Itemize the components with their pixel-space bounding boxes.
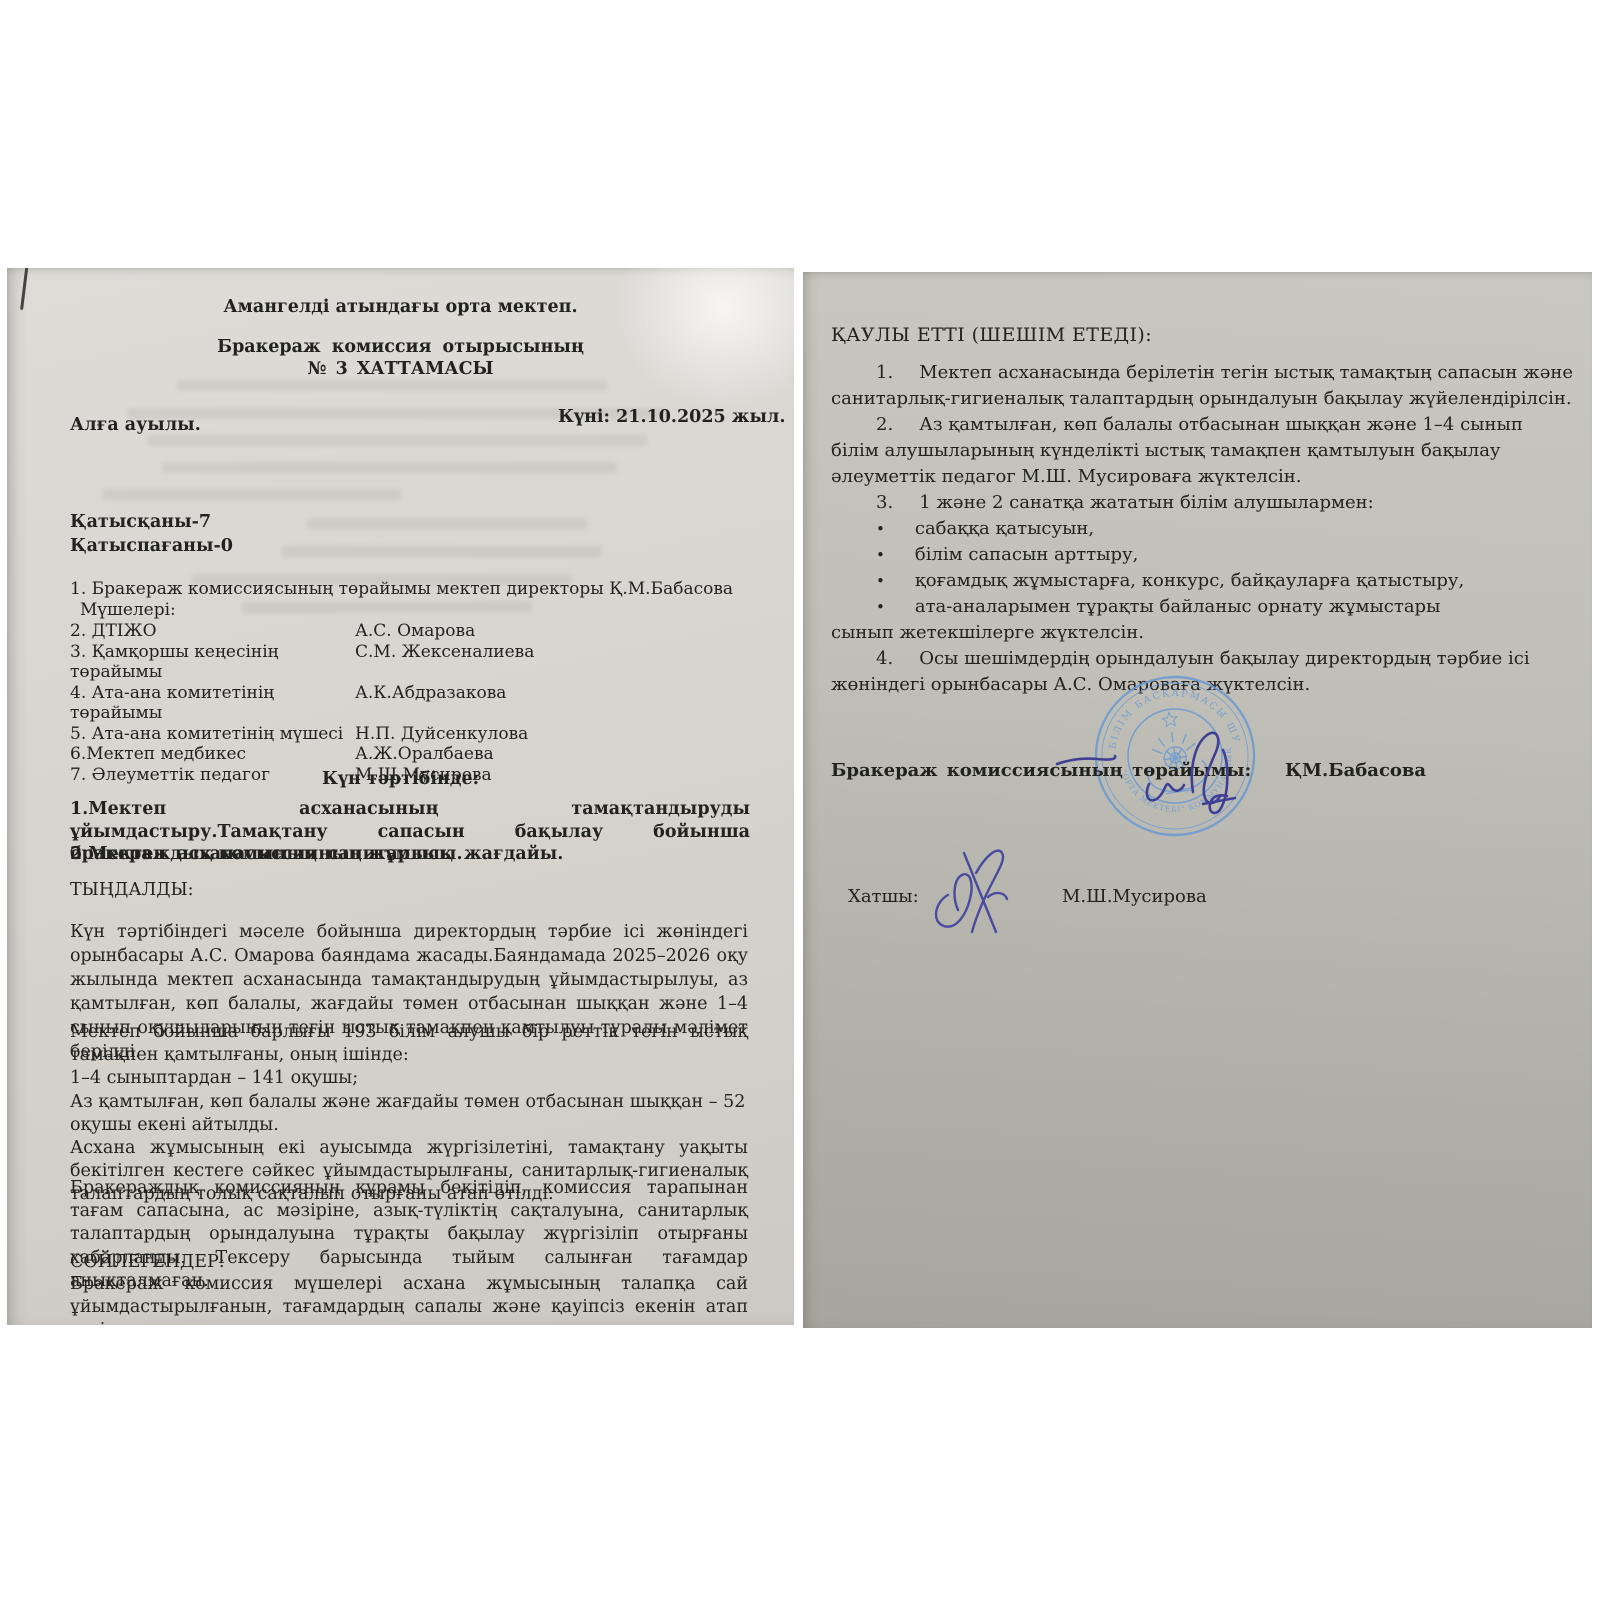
- decision-bullet: •ата-аналарымен тұрақты байланыс орнату …: [831, 594, 1573, 620]
- member-role: 4. Ата-ана комитетінің төрайымы: [70, 683, 355, 724]
- page-one: Амангелді атындағы орта мектеп. Бракераж…: [7, 268, 794, 1325]
- member-row: 5. Ата-ана комитетінің мүшесі Н.П. Дуйсе…: [70, 724, 750, 745]
- bullet-icon: •: [876, 572, 915, 590]
- agenda-heading: Күн тәртібінде:: [7, 768, 794, 791]
- date-label: Күні: 21.10.2025 жыл.: [558, 406, 785, 429]
- member-role: 5. Ата-ана комитетінің мүшесі: [70, 724, 355, 745]
- member-role: 6.Мектеп медбикес: [70, 744, 355, 765]
- member-name: С.М. Жексеналиева: [355, 642, 534, 683]
- bullet-icon: •: [876, 598, 915, 616]
- member-row: 3. Қамқоршы кеңесінің төрайымы С.М. Жекс…: [70, 642, 750, 683]
- member-name: А.Ж.Оралбаева: [355, 744, 494, 765]
- decision-heading: ҚАУЛЫ ЕТТІ (ШЕШІМ ЕТЕДІ):: [831, 322, 1152, 348]
- meeting-title-line2: № 3 ХАТТАМАСЫ: [7, 358, 794, 381]
- meeting-title-line1: Бракераж комиссия отырысының: [7, 336, 794, 359]
- scanned-protocol-document: Амангелді атындағы орта мектеп. Бракераж…: [0, 0, 1599, 1599]
- chair-signature: [1053, 722, 1278, 822]
- speakers-heading: СӨЙЛЕГЕНДЕР:: [70, 1251, 225, 1274]
- secretary-label: Хатшы:: [848, 884, 919, 910]
- item-number: 1.: [876, 362, 919, 383]
- commission-members-list: 1. Бракераж комиссиясының төрайымы мекте…: [70, 579, 750, 785]
- members-sublabel: Мүшелері:: [70, 600, 750, 621]
- member-row: 6.Мектеп медбикес А.Ж.Оралбаева: [70, 744, 750, 765]
- village-label: Алға ауылы.: [70, 414, 201, 437]
- item-number: 2.: [876, 414, 919, 435]
- decision-bullet: •қоғамдық жұмыстарға, конкурс, байқаулар…: [831, 568, 1573, 594]
- member-role: 3. Қамқоршы кеңесінің төрайымы: [70, 642, 355, 683]
- decision-bullet: •сабаққа қатысуын,: [831, 516, 1573, 542]
- heard-heading: ТЫҢДАЛДЫ:: [70, 879, 194, 902]
- bullet-icon: •: [876, 546, 915, 564]
- agenda-item-2: 2.Мектеп асханасының санитарлық жағдайы.: [70, 843, 563, 866]
- coverage-lowincome: Аз қамтылған, көп балалы және жағдайы тө…: [70, 1091, 748, 1137]
- coverage-grades: 1–4 сыныптардан – 141 оқушы;: [70, 1067, 748, 1090]
- absent-count: Қатыспағаны-0: [70, 535, 233, 558]
- secretary-name: М.Ш.Мусирова: [1062, 884, 1207, 910]
- speakers-text: Бракераж комиссия мүшелері асхана жұмысы…: [70, 1273, 748, 1325]
- decision-item: 2.Аз қамтылған, көп балалы отбасынан шық…: [831, 412, 1573, 490]
- decision-item: 3.1 және 2 санатқа жататын білім алушыла…: [831, 490, 1573, 516]
- member-name: А.С. Омарова: [355, 621, 475, 642]
- item-number: 4.: [876, 648, 919, 669]
- member-name: Н.П. Дуйсенкулова: [355, 724, 528, 745]
- attended-count: Қатысқаны-7: [70, 511, 211, 534]
- school-title: Амангелді атындағы орта мектеп.: [7, 296, 794, 319]
- member-name: А.К.Абдразакова: [355, 683, 506, 724]
- secretary-signature: [918, 835, 1043, 945]
- members-intro: 1. Бракераж комиссиясының төрайымы мекте…: [70, 579, 750, 600]
- coverage-total: Мектеп бойынша барлығы 193 білім алушы б…: [70, 1021, 748, 1067]
- decision-items: 1.Мектеп асханасында берілетін тегін ыст…: [831, 360, 1573, 698]
- item-number: 3.: [876, 492, 919, 513]
- decision-bullet: •білім сапасын арттыру,: [831, 542, 1573, 568]
- bullets-continuation: сынып жетекшілерге жүктелсін.: [831, 620, 1573, 646]
- member-row: 4. Ата-ана комитетінің төрайымы А.К.Абдр…: [70, 683, 750, 724]
- decision-item: 1.Мектеп асханасында берілетін тегін ыст…: [831, 360, 1573, 412]
- member-row: 2. ДТІЖО А.С. Омарова: [70, 621, 750, 642]
- page-two: ҚАУЛЫ ЕТТІ (ШЕШІМ ЕТЕДІ): 1.Мектеп асхан…: [803, 272, 1592, 1328]
- member-role: 2. ДТІЖО: [70, 621, 355, 642]
- chair-name: ҚМ.Бабасова: [1285, 758, 1426, 784]
- bullet-icon: •: [876, 520, 915, 538]
